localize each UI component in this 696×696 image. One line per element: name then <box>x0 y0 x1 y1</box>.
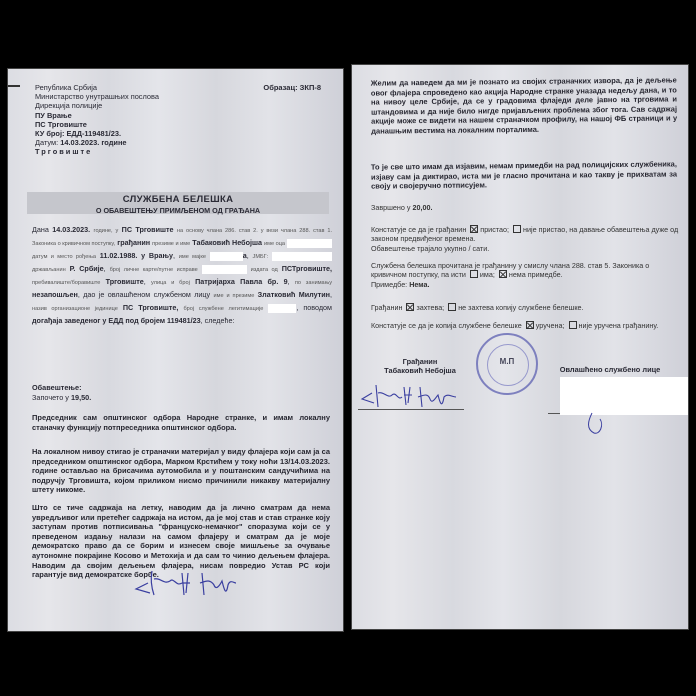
copy-request-section: Грађанин захтева; не захтева копију служ… <box>371 303 681 312</box>
header-station: ПС Трговиште <box>35 120 159 129</box>
checkbox-not-consented <box>513 225 521 233</box>
citizen-signature <box>130 567 240 603</box>
document-title-band: СЛУЖБЕНА БЕЛЕШКА О ОБАВЕШТЕЊУ ПРИМЉЕНОМ … <box>27 192 329 214</box>
redacted-field <box>210 252 243 261</box>
official-stamp: М.П <box>476 333 538 395</box>
header-date: Датум: 14.03.2023. године <box>35 138 159 147</box>
checkbox-consented <box>470 225 478 233</box>
statement-paragraph: Желим да наведем да ми је познато из сво… <box>371 75 678 136</box>
officer-signature <box>582 411 622 437</box>
statement-paragraph: На локалном нивоу стигао је страначки ма… <box>32 447 330 495</box>
checkbox-no-copy-request <box>448 303 456 311</box>
citizen-name: Табаковић Небојша <box>192 238 262 247</box>
redacted-field <box>287 239 332 248</box>
checkbox-no-remarks <box>499 270 507 278</box>
case-number: КУ број: ЕДД-119481/23. <box>35 129 159 138</box>
signature-line <box>548 413 560 414</box>
checkbox-has-remarks <box>470 270 478 278</box>
consent-section: Констатује се да је грађанин пристао; ни… <box>371 225 681 253</box>
notice-start: Обавештење: Започето у 19,50. <box>32 383 91 402</box>
read-section: Службена белешка прочитана је грађанину … <box>371 261 681 289</box>
document-header: Република Србија Министарство унутрашњих… <box>35 83 159 157</box>
checkbox-copy-not-delivered <box>569 321 577 329</box>
header-unit: ПУ Врање <box>35 111 159 120</box>
checkbox-copy-delivered <box>526 321 534 329</box>
document-title: СЛУЖБЕНА БЕЛЕШКА <box>27 194 329 205</box>
header-line: Дирекција полиције <box>35 101 159 110</box>
redacted-field <box>272 252 332 261</box>
copy-delivered-section: Констатује се да је копија службене беле… <box>371 321 681 330</box>
document-page-left: Република Србија Министарство унутрашњих… <box>7 68 344 632</box>
officer-name: Златковић Милутин <box>258 290 330 299</box>
intro-paragraph: Дана 14.03.2023. године, у ПС Трговиште … <box>32 224 332 326</box>
finished-time: Завршено у 20,00. <box>371 203 681 212</box>
officer-signature-block: Овлашћено службено лице <box>550 365 670 374</box>
signature-line <box>358 409 464 410</box>
redacted-field <box>202 265 247 274</box>
header-line: Министарство унутрашњих послова <box>35 92 159 101</box>
header-place: Трговиште <box>35 147 159 156</box>
redacted-officer-name <box>560 377 688 415</box>
header-line: Република Србија <box>35 83 159 92</box>
document-page-right: Желим да наведем да ми је познато из сво… <box>351 64 689 630</box>
redacted-field <box>268 304 296 313</box>
document-subtitle: О ОБАВЕШТЕЊУ ПРИМЉЕНОМ ОД ГРАЂАНА <box>27 206 329 215</box>
page-mark <box>8 85 20 87</box>
form-code: Образац: ЗКП-8 <box>263 83 321 92</box>
checkbox-requests-copy <box>406 303 414 311</box>
statement-paragraph: То је све што имам да изјавим, немам при… <box>371 159 677 191</box>
statement-paragraph: Председник сам општинског одбора Народне… <box>32 413 330 432</box>
citizen-signature-block: Грађанин Табаковић Небојша <box>380 357 460 376</box>
